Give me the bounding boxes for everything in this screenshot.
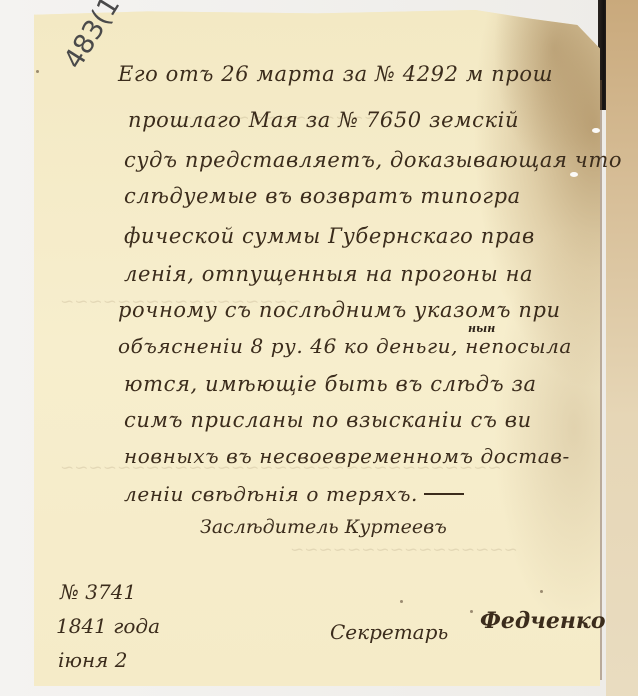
ink-speck [400,600,403,603]
paper-hole [592,128,600,133]
registry-year: 1841 года [56,614,160,638]
body-line: симъ присланы по взысканіи съ ви [124,408,532,432]
body-line: объясненіи 8 ру. 46 ко деньги, непосыла [118,334,572,358]
body-line: слѣдуемые въ возвратъ типогра [124,184,521,208]
ink-speck [540,590,543,593]
registry-date: іюня 2 [58,648,128,672]
secretary-title: Секретарь [330,620,448,644]
ink-speck [470,610,473,613]
body-line: новныхъ въ несвоевременномъ достав- [124,444,570,468]
body-line: Его отъ 26 марта за № 4292 м прош [118,62,553,86]
adjacent-page-edge [606,0,638,696]
ink-speck [36,70,39,73]
body-line: судъ представляетъ, доказывающая что [124,148,622,172]
body-line: леніи свѣдѣнія о теряхъ. [124,482,418,506]
bleed-through-text: ~~~~~~~~~~~~~~~~ [290,540,518,560]
paper-hole [570,172,578,177]
body-line: рочному съ послѣднимъ указомъ при [118,298,561,322]
body-line: фической суммы Губернскаго прав [124,224,535,248]
official-signature: Заслѣдитель Куртеевъ [200,516,447,538]
body-line: прошлаго Мая за № 7650 земскій [128,108,519,132]
secretary-signature: Федченко [480,608,606,634]
interlinear-insertion: нын [468,322,495,335]
body-line: ются, имѣющіе быть въ слѣдъ за [124,372,537,396]
closing-dash [424,493,464,495]
body-line: ленія, отпущенныя на прогоны на [124,262,533,286]
registry-number: № 3741 [60,580,136,604]
